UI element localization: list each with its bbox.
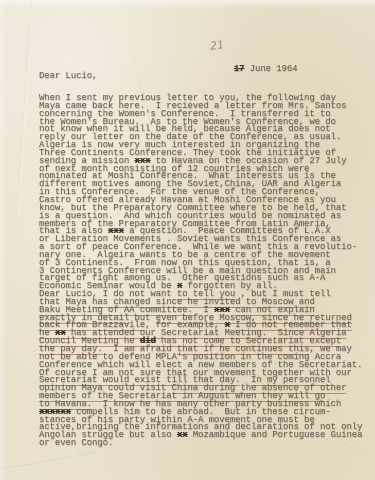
typed-text: Mozambique and Portuguese Guinea xyxy=(187,430,362,440)
letter-body: When I sent my previous letter to you, t… xyxy=(39,95,364,448)
salutation: Dear Lucio, xyxy=(39,71,97,81)
date-month-year: June 1964 xyxy=(244,64,297,74)
date-line: 17 June 1964 xyxy=(202,54,297,84)
handwritten-annotation: 21 xyxy=(209,38,224,53)
paper-crease xyxy=(16,0,35,220)
letter-line: or even Congo. xyxy=(39,440,364,448)
date-block: 21 17 June 1964 xyxy=(202,36,297,84)
struck-text: xx xyxy=(177,430,188,440)
paper-crease xyxy=(0,452,99,475)
typed-text: or even Congo. xyxy=(39,438,113,448)
letter-page: 21 17 June 1964 Dear Lucio, When I sent … xyxy=(0,0,375,480)
date-day-struck: 17 xyxy=(234,64,245,74)
